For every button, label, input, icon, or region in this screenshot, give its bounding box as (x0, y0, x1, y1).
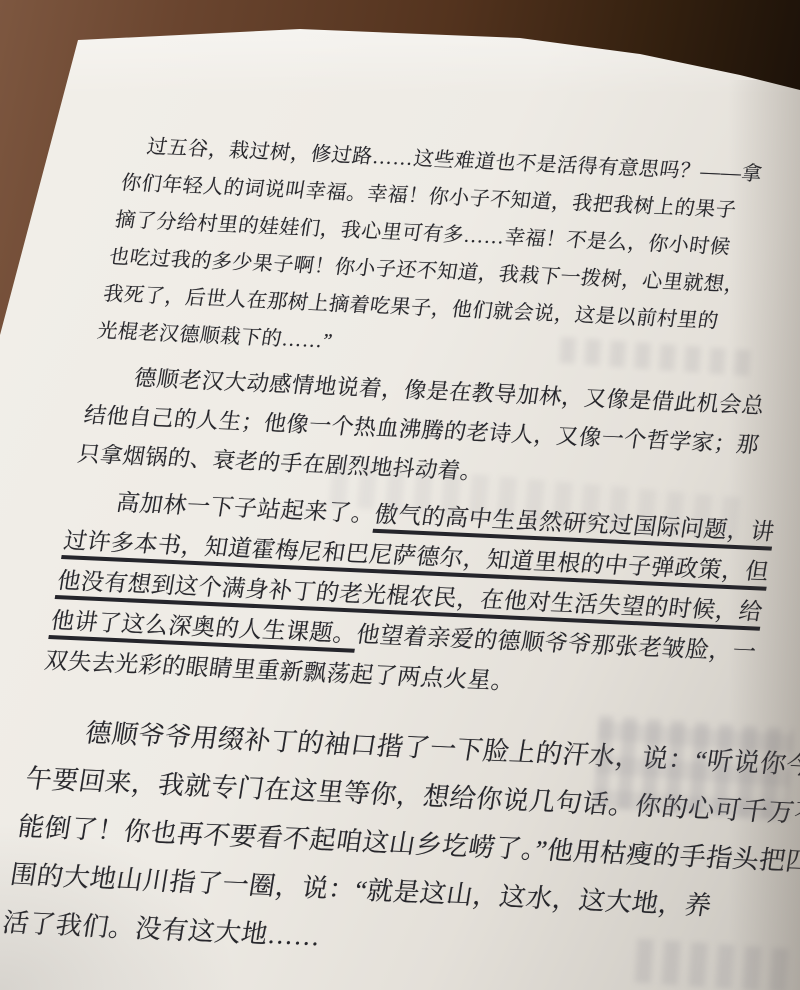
paragraph: 德顺老汉大动感情地说着，像是在教导加林，又像是借此机会总结他自己的人生；他像一个… (75, 356, 800, 505)
paragraph: 过五谷，栽过树，修过路……这些难道也不是活得有意思吗？——拿你们年轻人的词说叫幸… (94, 128, 800, 382)
text-segment: 光棍老汉德顺栽下的……” (96, 320, 334, 353)
paragraph: 高加林一下子站起来了。傲气的高中生虽然研究过国际问题，讲过许多本书，知道霍梅尼和… (42, 481, 794, 713)
page-corner-shadow (0, 820, 240, 990)
photo-of-book-page: 过五谷，栽过树，修过路……这些难道也不是活得有意思吗？——拿你们年轻人的词说叫幸… (0, 0, 800, 990)
book-page: 过五谷，栽过树，修过路……这些难道也不是活得有意思吗？——拿你们年轻人的词说叫幸… (0, 0, 800, 990)
text-segment: 高加林一下子站起来了。 (114, 490, 377, 527)
page-fold-shading (728, 80, 800, 990)
